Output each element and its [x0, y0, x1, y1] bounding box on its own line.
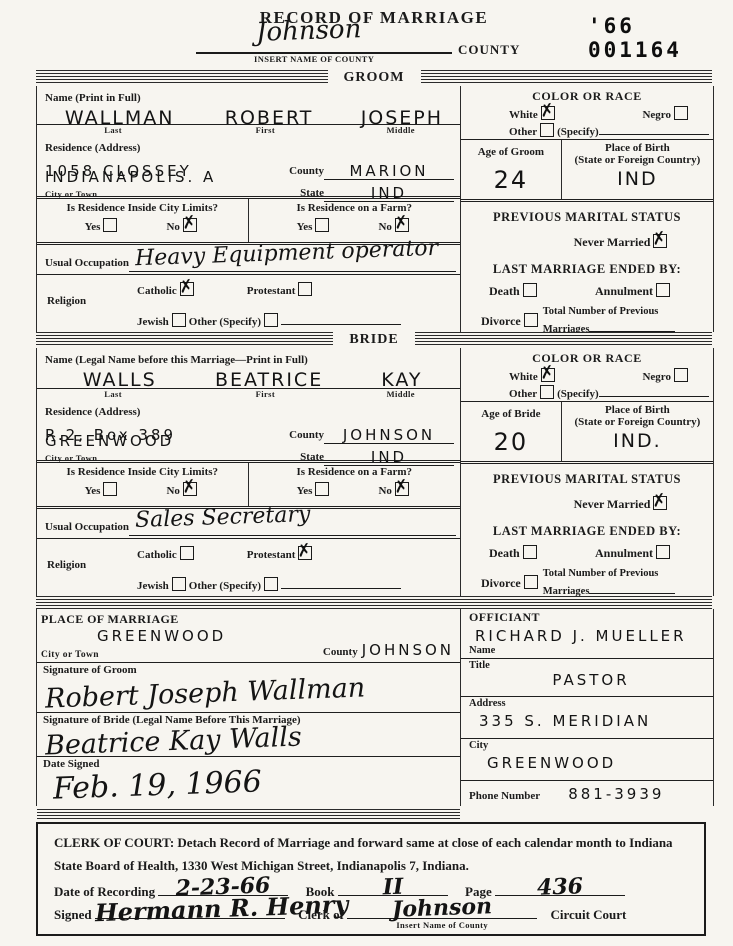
other-specify-label: Other (Specify): [189, 580, 261, 592]
bride-questions-row: Is Residence Inside City Limits? YesNo I…: [37, 463, 460, 509]
yes-label: Yes: [297, 221, 313, 233]
catholic-label: Catholic: [137, 285, 177, 297]
farm-question-label: Is Residence on a Farm?: [249, 466, 461, 478]
birthplace-label-1: Place of Birth: [562, 142, 713, 154]
never-married-label: Never Married: [574, 497, 651, 511]
groom-age-birth-row: Age of Groom24 Place of Birth(State or F…: [461, 140, 713, 202]
annulment-label: Annulment: [595, 546, 653, 560]
groom-name-label: Name (Print in Full): [45, 92, 141, 104]
groom-death-checkbox: [523, 283, 537, 297]
bride-section: Name (Legal Name before this Marriage—Pr…: [36, 348, 714, 596]
occupation-label: Usual Occupation: [45, 257, 129, 272]
clerk-of-court-box: CLERK OF COURT: Detach Record of Marriag…: [36, 822, 706, 936]
officiant-name: RICHARD J. MUELLER: [475, 627, 713, 645]
other-label: Other: [509, 388, 537, 400]
bride-race-band: COLOR OR RACE WhiteNegro Other(Specify): [461, 348, 713, 402]
groom-section: Name (Print in Full) WALLMAN ROBERT JOSE…: [36, 86, 714, 332]
signed-line: Signed Hermann R. Henry Clerk of Johnson…: [54, 903, 690, 927]
bride-section-title: BRIDE: [333, 332, 414, 347]
officiant-title-row: Title PASTOR: [461, 659, 713, 697]
jewish-label: Jewish: [137, 316, 169, 328]
middle-caption: Middle: [342, 389, 460, 401]
bride-other-race-checkbox: [540, 385, 554, 399]
date-signed: Feb. 19, 1966: [52, 764, 262, 806]
race-header: COLOR OR RACE: [461, 89, 713, 104]
officiant-title: PASTOR: [469, 671, 713, 689]
circuit-court-label: Circuit Court: [550, 907, 626, 922]
officiant-phone-label: Phone Number: [469, 790, 540, 802]
bride-state: IND: [371, 448, 407, 466]
groom-annulment-checkbox: [656, 283, 670, 297]
date-signed-row: Date Signed Feb. 19, 1966: [37, 757, 460, 809]
groom-name-captions: Last First Middle: [37, 124, 460, 137]
marriage-city-row: GREENWOOD City or Town County JOHNSON: [37, 627, 460, 663]
last-caption: Last: [37, 125, 189, 137]
groom-limits-yes-checkbox: [103, 218, 117, 232]
groom-county-label: County: [289, 165, 324, 177]
signed-blank: Hermann R. Henry: [95, 903, 285, 919]
no-label: No: [166, 485, 179, 497]
bride-negro-checkbox: [674, 368, 688, 382]
annulment-label: Annulment: [595, 284, 653, 298]
groom-jewish-checkbox: [172, 313, 186, 327]
groom-name-band: Name (Print in Full) WALLMAN ROBERT JOSE…: [37, 86, 460, 124]
bride-catholic-checkbox: [180, 546, 194, 560]
first-caption: First: [189, 125, 341, 137]
white-label: White: [509, 109, 538, 121]
groom-other-race-checkbox: [540, 123, 554, 137]
no-label: No: [378, 485, 391, 497]
groom-signature: Robert Joseph Wallman: [45, 672, 366, 714]
groom-city: INDIANAPOLIS. A: [45, 168, 216, 186]
no-label: No: [166, 221, 179, 233]
marriage-city: GREENWOOD: [97, 627, 226, 645]
birthplace-label-2: (State or Foreign Country): [562, 416, 713, 428]
officiant-column: OFFICIANT RICHARD J. MUELLER Name Title …: [461, 609, 713, 806]
groom-signature-row: Signature of Groom Robert Joseph Wallman: [37, 663, 460, 713]
officiant-name-caption: Name: [469, 645, 713, 656]
yes-label: Yes: [85, 221, 101, 233]
place-of-marriage-column: PLACE OF MARRIAGE GREENWOOD City or Town…: [37, 609, 461, 806]
county-blank: Johnson: [196, 32, 452, 54]
negro-label: Negro: [642, 109, 671, 121]
age-of-bride-label: Age of Bride: [481, 408, 540, 420]
groom-right-column: COLOR OR RACE WhiteNegro Other(Specify) …: [461, 86, 713, 332]
county-label: COUNTY: [458, 42, 520, 57]
bride-marital-status-block: PREVIOUS MARITAL STATUS Never Married LA…: [461, 464, 713, 598]
bride-farm-yes-checkbox: [315, 482, 329, 496]
clerk-signature: Hermann R. Henry: [94, 886, 285, 935]
middle-caption: Middle: [342, 125, 460, 137]
bride-other-religion-checkbox: [264, 577, 278, 591]
specify-label: (Specify): [557, 126, 599, 138]
protestant-label: Protestant: [247, 549, 296, 561]
total-previous-label-1: Total Number of Previous: [543, 568, 659, 579]
yes-label: Yes: [297, 485, 313, 497]
bride-race-specify-blank: [599, 383, 709, 397]
groom-city-caption: City or Town: [45, 189, 97, 199]
bride-protestant-checkbox: [298, 546, 312, 560]
bride-name-label: Name (Legal Name before this Marriage—Pr…: [45, 354, 308, 366]
catholic-label: Catholic: [137, 549, 177, 561]
bride-total-marriages-blank: [589, 580, 675, 594]
death-label: Death: [489, 546, 520, 560]
bride-city: GREENWOOD: [45, 432, 174, 450]
bride-city-caption: City or Town: [45, 453, 97, 463]
white-label: White: [509, 371, 538, 383]
groom-signature-label: Signature of Groom: [43, 664, 460, 676]
negro-label: Negro: [642, 371, 671, 383]
city-limits-question-label: Is Residence Inside City Limits?: [37, 466, 248, 478]
marriage-county: JOHNSON: [362, 641, 454, 659]
never-married-label: Never Married: [574, 235, 651, 249]
groom-catholic-checkbox: [180, 282, 194, 296]
bride-city-limits-question: Is Residence Inside City Limits? YesNo: [37, 463, 249, 506]
bride-jewish-checkbox: [172, 577, 186, 591]
groom-section-title: GROOM: [328, 70, 421, 85]
race-header: COLOR OR RACE: [461, 351, 713, 366]
religion-label: Religion: [47, 543, 137, 601]
divorce-label: Divorce: [481, 576, 521, 590]
yes-label: Yes: [85, 485, 101, 497]
groom-race-specify-blank: [599, 121, 709, 135]
bride-other-religion-blank: [281, 575, 401, 589]
bride-occupation: Sales Secretary: [135, 502, 311, 533]
groom-city-limits-question: Is Residence Inside City Limits? YesNo: [37, 199, 249, 242]
protestant-label: Protestant: [247, 285, 296, 297]
groom-total-marriages-blank: [589, 318, 675, 332]
groom-other-religion-checkbox: [264, 313, 278, 327]
groom-never-married-checkbox: [653, 234, 667, 248]
officiant-title-label: Title: [469, 660, 713, 671]
bride-age: 20: [461, 428, 561, 456]
bottom-section: PLACE OF MARRIAGE GREENWOOD City or Town…: [36, 609, 714, 806]
officiant-address: 335 S. MERIDIAN: [479, 712, 713, 730]
clerk-heading: CLERK OF COURT:: [54, 835, 174, 850]
bride-signature-row: Signature of Bride (Legal Name Before Th…: [37, 713, 460, 757]
bride-religion-block: Religion CatholicProtestant JewishOther …: [37, 539, 460, 601]
groom-occupation-row: Usual Occupation Heavy Equipment operato…: [37, 245, 460, 275]
officiant-city-row: City GREENWOOD: [461, 739, 713, 781]
left-column-end-bar: [37, 809, 460, 821]
groom-other-religion-blank: [281, 311, 401, 325]
bride-left-column: Name (Legal Name before this Marriage—Pr…: [37, 348, 461, 596]
divider-bar: [36, 596, 712, 609]
bride-age-birth-row: Age of Bride20 Place of Birth(State or F…: [461, 402, 713, 464]
groom-marital-status-block: PREVIOUS MARITAL STATUS Never Married LA…: [461, 202, 713, 336]
county-handwritten: Johnson: [256, 14, 362, 48]
bride-county-label: County: [289, 429, 324, 441]
groom-limits-no-checkbox: [183, 218, 197, 232]
bride-name-band: Name (Legal Name before this Marriage—Pr…: [37, 348, 460, 388]
bride-death-checkbox: [523, 545, 537, 559]
bride-name-captions: Last First Middle: [37, 388, 460, 401]
groom-negro-checkbox: [674, 106, 688, 120]
bride-occupation-row: Usual Occupation Sales Secretary: [37, 509, 460, 539]
jewish-label: Jewish: [137, 580, 169, 592]
divorce-label: Divorce: [481, 314, 521, 328]
groom-state: IND: [371, 184, 407, 202]
city-limits-question-label: Is Residence Inside City Limits?: [37, 202, 248, 214]
bride-middle-name: KAY: [344, 369, 460, 391]
bride-county: JOHNSON: [343, 426, 435, 444]
last-caption: Last: [37, 389, 189, 401]
bride-section-bar: BRIDE: [36, 332, 712, 347]
groom-farm-no-checkbox: [395, 218, 409, 232]
officiant-phone-row: Phone Number 881-3939: [461, 781, 713, 809]
groom-residence-band: Residence (Address) 1058 CLOSSEY CountyM…: [37, 137, 460, 199]
groom-age: 24: [461, 166, 561, 194]
bride-state-label: State: [300, 451, 324, 463]
marriage-record-scan: RECORD OF MARRIAGE JohnsonCOUNTY INSERT …: [0, 0, 733, 946]
last-marriage-header: LAST MARRIAGE ENDED BY:: [461, 524, 713, 539]
bride-divorce-checkbox: [524, 575, 538, 589]
officiant-city: GREENWOOD: [487, 754, 713, 772]
bride-farm-no-checkbox: [395, 482, 409, 496]
insert-county-caption: Insert Name of County: [347, 918, 537, 933]
first-caption: First: [189, 389, 341, 401]
bride-signature: Beatrice Kay Walls: [45, 722, 303, 762]
groom-white-checkbox: [541, 106, 555, 120]
bride-right-column: COLOR OR RACE WhiteNegro Other(Specify) …: [461, 348, 713, 596]
last-marriage-header: LAST MARRIAGE ENDED BY:: [461, 262, 713, 277]
bride-last-name: WALLS: [45, 369, 194, 391]
birthplace-label-2: (State or Foreign Country): [562, 154, 713, 166]
bride-annulment-checkbox: [656, 545, 670, 559]
groom-county: MARION: [349, 162, 428, 180]
religion-label: Religion: [47, 279, 137, 337]
groom-state-label: State: [300, 187, 324, 199]
officiant-phone: 881-3939: [568, 785, 664, 803]
other-label: Other: [509, 126, 537, 138]
previous-marital-status-header: PREVIOUS MARITAL STATUS: [461, 210, 713, 225]
farm-question-label: Is Residence on a Farm?: [249, 202, 461, 214]
bride-residence-band: Residence (Address) R.2, Box 389 CountyJ…: [37, 401, 460, 463]
groom-farm-yes-checkbox: [315, 218, 329, 232]
signed-label: Signed: [54, 907, 92, 922]
groom-birthplace: IND: [562, 168, 713, 190]
officiant-name-row: OFFICIANT RICHARD J. MUELLER Name: [461, 609, 713, 659]
other-specify-label: Other (Specify): [189, 316, 261, 328]
clerk-of-blank: JohnsonInsert Name of County: [347, 903, 537, 919]
bride-limits-yes-checkbox: [103, 482, 117, 496]
marriage-county-label: County: [323, 646, 358, 658]
groom-left-column: Name (Print in Full) WALLMAN ROBERT JOSE…: [37, 86, 461, 332]
groom-divorce-checkbox: [524, 313, 538, 327]
groom-race-band: COLOR OR RACE WhiteNegro Other(Specify): [461, 86, 713, 140]
file-number-stamp: '66 001164: [588, 14, 733, 62]
officiant-address-label: Address: [469, 698, 713, 709]
bride-residence-label: Residence (Address): [45, 406, 140, 418]
bride-birthplace: IND.: [562, 430, 713, 452]
groom-religion-block: Religion CatholicProtestant JewishOther …: [37, 275, 460, 337]
bride-white-checkbox: [541, 368, 555, 382]
officiant-city-label: City: [469, 740, 713, 751]
bride-never-married-checkbox: [653, 496, 667, 510]
groom-section-bar: GROOM: [36, 70, 712, 85]
previous-marital-status-header: PREVIOUS MARITAL STATUS: [461, 472, 713, 487]
bride-farm-question: Is Residence on a Farm? YesNo: [249, 463, 461, 506]
occupation-label: Usual Occupation: [45, 521, 129, 536]
no-label: No: [378, 221, 391, 233]
marriage-city-caption: City or Town: [41, 650, 99, 660]
bride-limits-no-checkbox: [183, 482, 197, 496]
officiant-header: OFFICIANT: [469, 610, 713, 625]
officiant-address-row: Address 335 S. MERIDIAN: [461, 697, 713, 739]
groom-protestant-checkbox: [298, 282, 312, 296]
specify-label: (Specify): [557, 388, 599, 400]
total-previous-label-1: Total Number of Previous: [543, 306, 659, 317]
age-of-groom-label: Age of Groom: [478, 146, 544, 158]
place-of-marriage-header: PLACE OF MARRIAGE: [37, 609, 460, 627]
bride-first-name: BEATRICE: [194, 369, 343, 391]
groom-residence-label: Residence (Address): [45, 142, 140, 154]
birthplace-label-1: Place of Birth: [562, 404, 713, 416]
death-label: Death: [489, 284, 520, 298]
